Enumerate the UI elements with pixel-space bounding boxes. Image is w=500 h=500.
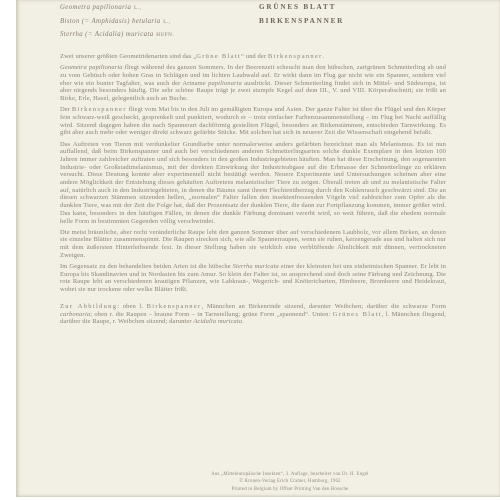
publisher-imprint: Aus „Mitteleuropäische Insekten“, 3. Auf… bbox=[120, 471, 460, 493]
body-paragraph: Der Birkenspanner fliegt vom Mai bis in … bbox=[60, 106, 446, 137]
body-paragraph: Geometra papilionaria fliegt während des… bbox=[60, 64, 446, 103]
species-author-abbrev: HUFN. bbox=[156, 32, 174, 38]
body-paragraph: Zwei unserer größten Geometridenarten si… bbox=[60, 53, 446, 61]
imprint-line: © Kronen-Verlag Erich Cramer, Hamburg, 1… bbox=[120, 478, 460, 485]
species-common-name: BIRKENSPANNER bbox=[259, 17, 344, 25]
species-latin-name: Biston (= Amphidasis) betularia bbox=[60, 18, 161, 25]
imprint-line: Aus „Mitteleuropäische Insekten“, 3. Auf… bbox=[120, 471, 460, 478]
page-content: Geometra papilionaria L., GRÜNES BLATT B… bbox=[60, 3, 446, 330]
species-author-abbrev: L., bbox=[163, 19, 170, 25]
article-body: Zwei unserer größten Geometridenarten si… bbox=[60, 53, 446, 326]
body-paragraph: Im Gegensatz zu den behandelten beiden A… bbox=[60, 263, 446, 294]
species-row: Geometra papilionaria L., GRÜNES BLATT bbox=[60, 3, 446, 17]
species-latin-name: Geometra papilionaria bbox=[60, 4, 131, 11]
species-row: Biston (= Amphidasis) betularia L., BIRK… bbox=[60, 17, 446, 31]
species-row: Sterrha (= Acidalia) muricata HUFN. bbox=[60, 31, 446, 45]
body-paragraph: Die meist bräunliche, aber recht verände… bbox=[60, 229, 446, 260]
species-common-name: GRÜNES BLATT bbox=[259, 3, 336, 11]
figure-caption: Zur Abbildung: oben l. Birkenspanner, Mä… bbox=[60, 303, 446, 326]
scanned-book-page: Geometra papilionaria L., GRÜNES BLATT B… bbox=[16, 0, 500, 497]
species-author-abbrev: L., bbox=[134, 5, 141, 11]
body-paragraph: Das Auftreten von Tieren mit verdunkelte… bbox=[60, 141, 446, 226]
species-header: Geometra papilionaria L., GRÜNES BLATT B… bbox=[60, 3, 446, 45]
screenshot-root: { "header": { "rows": [ {"latin": "Geome… bbox=[0, 0, 500, 500]
imprint-line: Printed in Belgium by Offset Printing Va… bbox=[120, 486, 460, 493]
species-latin-name: Sterrha (= Acidalia) muricata bbox=[60, 31, 154, 38]
